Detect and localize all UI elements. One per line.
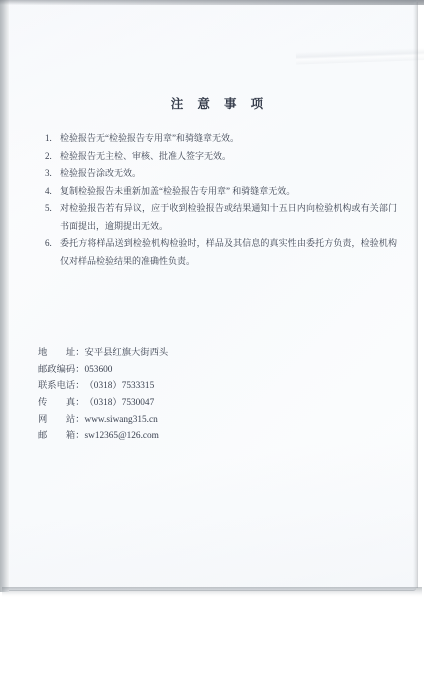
contact-label: 联系电话： <box>38 382 85 392</box>
note-number: 3. <box>45 165 60 183</box>
note-number: 5. <box>45 200 60 218</box>
contact-value: （0318）7533315 <box>85 382 155 392</box>
page-title: 注 意 事 项 <box>15 94 423 112</box>
contact-label: 传 真： <box>38 399 85 409</box>
contact-row-postcode: 邮政编码：053600 <box>38 366 378 376</box>
contact-row-phone: 联系电话：（0318）7533315 <box>38 382 378 392</box>
paper-crease <box>296 48 424 65</box>
note-text: 对检验报告若有异议，应于收到检验报告或结果通知十五日内向检验机构或有关部门书面提… <box>60 200 397 235</box>
scan-edge-top <box>0 0 424 5</box>
contact-value: 安平县红旗大街西头 <box>85 349 169 359</box>
note-text: 复制检验报告未重新加盖“检验报告专用章” 和骑缝章无效。 <box>60 183 397 201</box>
note-item-3: 3. 检验报告涂改无效。 <box>45 165 397 183</box>
scan-background: 注 意 事 项 1. 检验报告无“检验报告专用章”和骑缝章无效。 2. 检验报告… <box>0 0 424 700</box>
contact-label: 地 址： <box>38 349 85 359</box>
note-number: 6. <box>45 235 60 253</box>
contact-block: 地 址：安平县红旗大街西头 邮政编码：053600 联系电话：（0318）753… <box>38 349 378 449</box>
note-number: 1. <box>45 130 60 148</box>
note-item-6: 6. 委托方将样品送到检验机构检验时，样品及其信息的真实性由委托方负责，检验机构… <box>45 235 397 270</box>
note-number: 2. <box>45 148 60 166</box>
contact-value: www.siwang315.cn <box>85 416 158 426</box>
document-page: 注 意 事 项 1. 检验报告无“检验报告专用章”和骑缝章无效。 2. 检验报告… <box>8 0 416 591</box>
contact-label: 邮政编码： <box>38 366 85 376</box>
contact-row-address: 地 址：安平县红旗大街西头 <box>38 349 378 359</box>
scan-edge-bottom <box>2 587 422 597</box>
note-text: 检验报告无主检、审核、批准人签字无效。 <box>60 148 397 166</box>
note-item-1: 1. 检验报告无“检验报告专用章”和骑缝章无效。 <box>45 130 397 148</box>
contact-label: 网 站： <box>38 416 85 426</box>
note-text: 检验报告无“检验报告专用章”和骑缝章无效。 <box>60 130 397 148</box>
note-text: 委托方将样品送到检验机构检验时，样品及其信息的真实性由委托方负责，检验机构仅对样… <box>60 235 397 270</box>
notes-list: 1. 检验报告无“检验报告专用章”和骑缝章无效。 2. 检验报告无主检、审核、批… <box>45 130 397 270</box>
contact-row-email: 邮 箱：sw12365@126.com <box>38 432 378 442</box>
note-item-4: 4. 复制检验报告未重新加盖“检验报告专用章” 和骑缝章无效。 <box>45 183 397 201</box>
scan-edge-right <box>413 2 418 588</box>
contact-value: sw12365@126.com <box>85 432 159 442</box>
contact-row-fax: 传 真：（0318）7530047 <box>38 399 378 409</box>
note-number: 4. <box>45 183 60 201</box>
scan-edge-left <box>0 0 9 592</box>
note-text: 检验报告涂改无效。 <box>60 165 397 183</box>
note-item-5: 5. 对检验报告若有异议，应于收到检验报告或结果通知十五日内向检验机构或有关部门… <box>45 200 397 235</box>
contact-label: 邮 箱： <box>38 432 85 442</box>
contact-row-website: 网 站：www.siwang315.cn <box>38 416 378 426</box>
contact-value: 053600 <box>85 366 113 376</box>
contact-value: （0318）7530047 <box>85 399 155 409</box>
note-item-2: 2. 检验报告无主检、审核、批准人签字无效。 <box>45 148 397 166</box>
